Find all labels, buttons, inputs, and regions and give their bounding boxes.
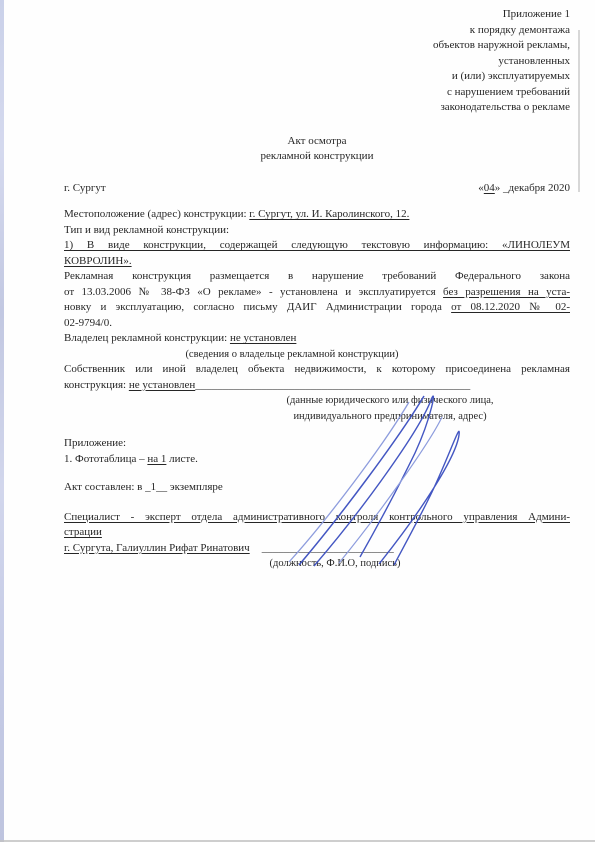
location-line: Местоположение (адрес) конструкции: г. С… (64, 207, 570, 223)
appendix-header-line: законодательства о рекламе (64, 101, 570, 117)
signatory-line1: Специалист - эксперт отдела администрати… (64, 510, 570, 526)
attachment-label: Приложение: (64, 436, 570, 452)
document-page: Приложение 1 к порядку демонтажа объекто… (0, 0, 595, 842)
location-value: г. Сургут, ул. И. Каролинского, 12. (249, 208, 409, 220)
appendix-header-line: объектов наружной рекламы, (64, 39, 570, 55)
type-label-line: Тип и вид рекламной конструкции: (64, 223, 570, 239)
copies-line: Акт составлен: в _1__ экземпляре (64, 480, 570, 496)
document-title-line2: рекламной конструкции (64, 149, 570, 164)
property-owner-caption2: индивидуального предпринимателя, адрес) (190, 409, 590, 425)
appendix-header-line: к порядку демонтажа (64, 24, 570, 40)
attachment-item-post: листе. (166, 453, 197, 465)
attachment-item-underlined: на 1 (147, 453, 166, 465)
violation-line4: 02-9794/0. (64, 316, 570, 332)
attachment-item: 1. Фототаблица – на 1 листе. (64, 452, 570, 468)
scan-line-right (578, 30, 580, 192)
document-content: Приложение 1 к порядку демонтажа объекто… (64, 0, 570, 572)
signatory-name: г. Сургута, Галиуллин Рифат Ринатович (64, 542, 250, 554)
signatory-line2-text: страции (64, 526, 102, 538)
appendix-header-line: Приложение 1 (64, 8, 570, 24)
owner-value: не установлен (230, 332, 296, 344)
document-date: «04» _декабря 2020 (478, 181, 570, 197)
date-day: 04 (484, 182, 495, 194)
type-value-line2: КОВРОЛИН». (64, 254, 570, 270)
property-owner-line2: конструкция: не установлен______________… (64, 378, 570, 394)
property-owner-blank-line: ________________________________________… (195, 379, 470, 391)
signatory-line1-text: Специалист - эксперт отдела администрати… (64, 511, 570, 523)
property-owner-value: не установлен (129, 379, 195, 391)
attachment-item-pre: 1. Фототаблица – (64, 453, 147, 465)
appendix-header-line: установленных (64, 55, 570, 71)
appendix-header: Приложение 1 к порядку демонтажа объекто… (64, 0, 570, 117)
document-title: Акт осмотра рекламной конструкции (64, 134, 570, 164)
signatory-caption: (должность, Ф.И.О, подпись) (185, 556, 485, 572)
property-owner-caption1: (данные юридического или физического лиц… (190, 393, 590, 409)
appendix-header-line: с нарушением требований (64, 86, 570, 102)
property-owner-line1: Собственник или иной владелец объекта не… (64, 362, 570, 378)
type-value-line1: 1) В виде конструкции, содержащей следую… (64, 238, 570, 254)
violation-line3: новку и эксплуатацию, согласно письму ДА… (64, 300, 570, 316)
owner-line: Владелец рекламной конструкции: не устан… (64, 331, 570, 347)
scan-edge-left (0, 0, 4, 842)
violation-line3-underlined: от 08.12.2020 № 02- (451, 301, 570, 313)
type-value-text2: КОВРОЛИН». (64, 255, 132, 267)
date-row: г. Сургут «04» _декабря 2020 (64, 181, 570, 197)
document-body: Местоположение (адрес) конструкции: г. С… (64, 207, 570, 572)
appendix-header-line: и (или) эксплуатируемых (64, 70, 570, 86)
property-owner-label: конструкция: (64, 379, 129, 391)
document-title-line1: Акт осмотра (64, 134, 570, 149)
city-label: г. Сургут (64, 181, 106, 197)
signatory-line3: г. Сургута, Галиуллин Рифат Ринатович___… (64, 541, 570, 557)
owner-caption: (сведения о владельце рекламной конструк… (64, 347, 520, 363)
violation-line2: от 13.03.2006 № 38-ФЗ «О рекламе» - уста… (64, 285, 570, 301)
signatory-line2: страции (64, 525, 570, 541)
date-month-year: _декабря 2020 (500, 182, 570, 194)
signatory-block: Специалист - эксперт отдела администрати… (64, 510, 570, 572)
violation-line2-plain: от 13.03.2006 № 38-ФЗ «О рекламе» - уста… (64, 286, 443, 298)
violation-line1: Рекламная конструкция размещается в нару… (64, 269, 570, 285)
violation-line3-plain: новку и эксплуатацию, согласно письму ДА… (64, 301, 451, 313)
owner-label: Владелец рекламной конструкции: (64, 332, 230, 344)
signature-blank-line: ________________________ (262, 542, 394, 554)
type-value-text1: 1) В виде конструкции, содержащей следую… (64, 239, 570, 251)
location-label: Местоположение (адрес) конструкции: (64, 208, 249, 220)
violation-line2-underlined: без разрешения на уста- (443, 286, 570, 298)
